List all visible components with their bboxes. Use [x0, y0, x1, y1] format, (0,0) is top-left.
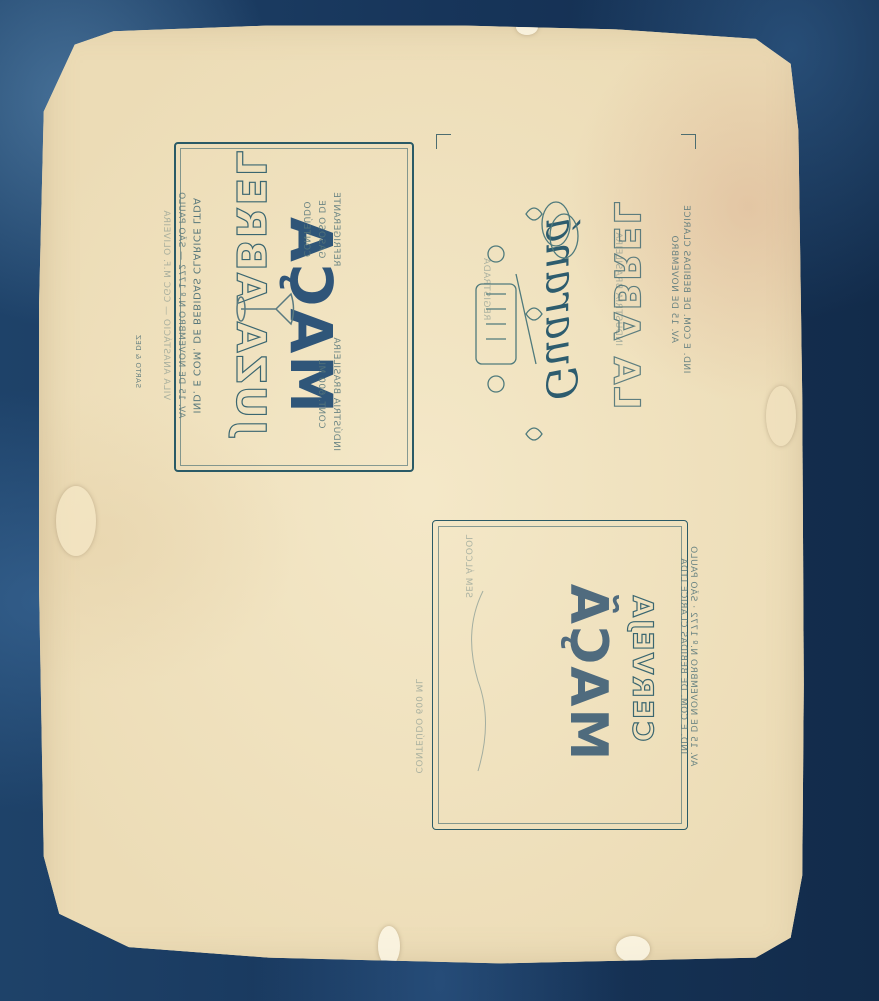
label-maker: IND. E COM. DE BEBIDAS CLARICE [681, 169, 691, 409]
stone-chip [516, 19, 538, 35]
label-maker: IND. E COM. DE BEBIDAS CLARICE LTDA [191, 161, 202, 451]
label-maker: IND. E COM. DE BEBIDAS CLARICE LTDA [678, 536, 688, 776]
ornament-icon [466, 164, 586, 454]
label-note: INDÚSTRIA BRASILEIRA [331, 334, 341, 454]
stone-chip [766, 386, 796, 446]
label-side-text: CONTEÚDO 600 ML [413, 666, 423, 786]
label-brand: MAÇÃ [558, 551, 618, 791]
stone-chip [616, 936, 650, 962]
label-address: AV. 15 DE NOVEMBRO N.º 1772 — SÃO PAULO [176, 160, 186, 450]
lithographic-stone: SARTO & DEZ MAÇA JUZA ABREL REFRIGERANTE… [36, 16, 810, 971]
label-product: CERVEJA [627, 548, 660, 788]
stone-chip [56, 486, 96, 556]
label-tagline: CONTEÚDO [301, 169, 311, 289]
crop-mark [681, 134, 696, 149]
label-note: CONT. 600 ML [316, 334, 326, 454]
label-cerveja: MAÇÃ CERVEJA IND. E COM. DE BEBIDAS CLAR… [432, 520, 688, 830]
label-address: AV. 15 DE NOVEMBRO N.º 1772 · SÃO PAULO [688, 536, 698, 776]
label-tagline: REFRIGERANTE [331, 169, 341, 289]
label-note: INDÚSTRIA BRASILEIRA [613, 169, 623, 409]
glass-icon [236, 269, 296, 349]
label-tagline: GASOSO DE [316, 169, 326, 289]
bottle-outline-icon [453, 581, 513, 781]
label-address: VILA ANASTÁCIO — CGC M.F. OLIVEIRA [161, 160, 171, 450]
label-guarana: Guaraná LA ABREL IND. E COM. DE BEBIDAS … [436, 134, 696, 474]
crop-mark [436, 134, 451, 149]
stone-chip [378, 926, 400, 966]
label-maca-juza: MAÇA JUZA ABREL REFRIGERANTE GASOSO DE C… [174, 142, 414, 472]
label-product: LA ABREL [606, 185, 647, 425]
label-address: AV. 15 DE NOVEMBRO [669, 169, 679, 409]
maker-stamp: SARTO & DEZ [134, 288, 142, 388]
